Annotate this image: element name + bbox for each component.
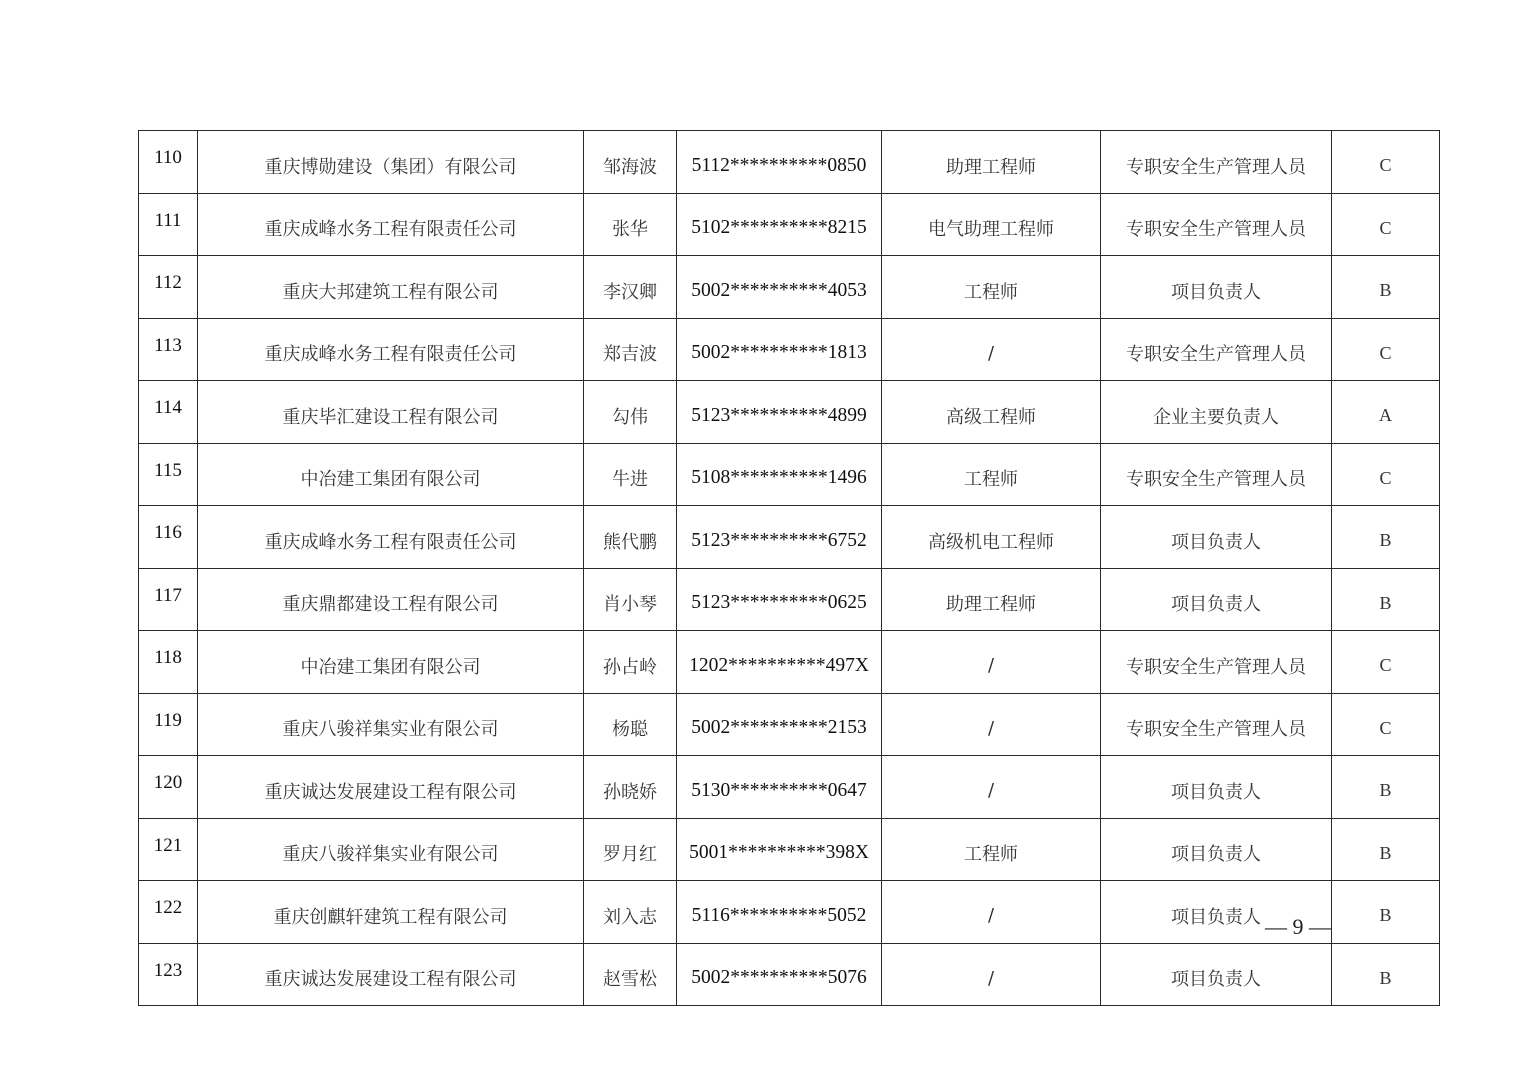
cell-role: 专职安全生产管理人员	[1101, 443, 1332, 506]
cell-name: 熊代鹏	[584, 506, 677, 569]
cell-id-number: 5123**********6752	[677, 506, 882, 569]
cell-company: 重庆成峰水务工程有限责任公司	[198, 318, 584, 381]
cell-company: 重庆八骏祥集实业有限公司	[198, 818, 584, 881]
cell-name: 张华	[584, 193, 677, 256]
cell-role: 专职安全生产管理人员	[1101, 631, 1332, 694]
cell-title: 电气助理工程师	[882, 193, 1101, 256]
cell-title: 工程师	[882, 818, 1101, 881]
cell-company: 中冶建工集团有限公司	[198, 631, 584, 694]
cell-title: 助理工程师	[882, 568, 1101, 631]
cell-name: 邹海波	[584, 131, 677, 194]
table-row: 119 重庆八骏祥集实业有限公司 杨聪 5002**********2153 /…	[139, 693, 1440, 756]
cell-company: 重庆八骏祥集实业有限公司	[198, 693, 584, 756]
cell-id-number: 5112**********0850	[677, 131, 882, 194]
cell-index: 114	[139, 381, 198, 444]
cell-company: 重庆博勋建设（集团）有限公司	[198, 131, 584, 194]
cell-role: 专职安全生产管理人员	[1101, 193, 1332, 256]
cell-name: 刘入志	[584, 881, 677, 944]
cell-title: /	[882, 631, 1101, 694]
personnel-table: 110 重庆博勋建设（集团）有限公司 邹海波 5112**********085…	[138, 130, 1440, 1006]
table-row: 117 重庆鼎都建设工程有限公司 肖小琴 5123**********0625 …	[139, 568, 1440, 631]
table-row: 123 重庆诚达发展建设工程有限公司 赵雪松 5002**********507…	[139, 943, 1440, 1006]
cell-id-number: 5102**********8215	[677, 193, 882, 256]
cell-grade: B	[1332, 818, 1440, 881]
cell-role: 专职安全生产管理人员	[1101, 693, 1332, 756]
table-row: 111 重庆成峰水务工程有限责任公司 张华 5102**********8215…	[139, 193, 1440, 256]
cell-role: 企业主要负责人	[1101, 381, 1332, 444]
cell-grade: A	[1332, 381, 1440, 444]
cell-company: 重庆大邦建筑工程有限公司	[198, 256, 584, 319]
cell-grade: B	[1332, 506, 1440, 569]
table-row: 118 中冶建工集团有限公司 孙占岭 1202**********497X / …	[139, 631, 1440, 694]
cell-role: 项目负责人	[1101, 568, 1332, 631]
cell-title: /	[882, 756, 1101, 819]
cell-id-number: 5002**********4053	[677, 256, 882, 319]
cell-company: 重庆鼎都建设工程有限公司	[198, 568, 584, 631]
table-row: 115 中冶建工集团有限公司 牛进 5108**********1496 工程师…	[139, 443, 1440, 506]
table-body: 110 重庆博勋建设（集团）有限公司 邹海波 5112**********085…	[139, 131, 1440, 1006]
cell-name: 罗月红	[584, 818, 677, 881]
cell-id-number: 5002**********2153	[677, 693, 882, 756]
cell-id-number: 5002**********1813	[677, 318, 882, 381]
cell-id-number: 5116**********5052	[677, 881, 882, 944]
cell-grade: B	[1332, 256, 1440, 319]
cell-grade: B	[1332, 943, 1440, 1006]
table-row: 112 重庆大邦建筑工程有限公司 李汉卿 5002**********4053 …	[139, 256, 1440, 319]
cell-role: 项目负责人	[1101, 256, 1332, 319]
cell-title: /	[882, 881, 1101, 944]
cell-name: 李汉卿	[584, 256, 677, 319]
cell-index: 115	[139, 443, 198, 506]
cell-index: 113	[139, 318, 198, 381]
table-row: 113 重庆成峰水务工程有限责任公司 郑吉波 5002**********181…	[139, 318, 1440, 381]
cell-grade: C	[1332, 131, 1440, 194]
cell-grade: C	[1332, 443, 1440, 506]
cell-grade: C	[1332, 631, 1440, 694]
cell-index: 120	[139, 756, 198, 819]
cell-index: 123	[139, 943, 198, 1006]
cell-grade: B	[1332, 756, 1440, 819]
cell-grade: C	[1332, 193, 1440, 256]
cell-title: 工程师	[882, 443, 1101, 506]
cell-company: 重庆创麒轩建筑工程有限公司	[198, 881, 584, 944]
document-page: 110 重庆博勋建设（集团）有限公司 邹海波 5112**********085…	[0, 0, 1520, 1074]
cell-grade: C	[1332, 693, 1440, 756]
cell-index: 116	[139, 506, 198, 569]
cell-company: 重庆成峰水务工程有限责任公司	[198, 506, 584, 569]
cell-title: 高级机电工程师	[882, 506, 1101, 569]
cell-title: /	[882, 318, 1101, 381]
cell-index: 121	[139, 818, 198, 881]
cell-name: 赵雪松	[584, 943, 677, 1006]
cell-name: 孙晓娇	[584, 756, 677, 819]
table-row: 114 重庆毕汇建设工程有限公司 勾伟 5123**********4899 高…	[139, 381, 1440, 444]
cell-id-number: 5002**********5076	[677, 943, 882, 1006]
cell-index: 119	[139, 693, 198, 756]
table-row: 121 重庆八骏祥集实业有限公司 罗月红 5001**********398X …	[139, 818, 1440, 881]
cell-title: 助理工程师	[882, 131, 1101, 194]
cell-index: 117	[139, 568, 198, 631]
cell-title: 高级工程师	[882, 381, 1101, 444]
cell-name: 杨聪	[584, 693, 677, 756]
cell-index: 112	[139, 256, 198, 319]
cell-company: 中冶建工集团有限公司	[198, 443, 584, 506]
table-row: 116 重庆成峰水务工程有限责任公司 熊代鹏 5123**********675…	[139, 506, 1440, 569]
cell-name: 孙占岭	[584, 631, 677, 694]
cell-company: 重庆成峰水务工程有限责任公司	[198, 193, 584, 256]
cell-index: 110	[139, 131, 198, 194]
cell-id-number: 5001**********398X	[677, 818, 882, 881]
cell-name: 肖小琴	[584, 568, 677, 631]
cell-title: /	[882, 693, 1101, 756]
cell-index: 111	[139, 193, 198, 256]
cell-role: 项目负责人	[1101, 818, 1332, 881]
cell-company: 重庆诚达发展建设工程有限公司	[198, 756, 584, 819]
cell-company: 重庆毕汇建设工程有限公司	[198, 381, 584, 444]
cell-grade: C	[1332, 318, 1440, 381]
cell-index: 122	[139, 881, 198, 944]
cell-index: 118	[139, 631, 198, 694]
cell-id-number: 5123**********4899	[677, 381, 882, 444]
cell-name: 勾伟	[584, 381, 677, 444]
table-row: 122 重庆创麒轩建筑工程有限公司 刘入志 5116**********5052…	[139, 881, 1440, 944]
cell-grade: B	[1332, 568, 1440, 631]
cell-role: 专职安全生产管理人员	[1101, 318, 1332, 381]
cell-id-number: 1202**********497X	[677, 631, 882, 694]
cell-role: 项目负责人	[1101, 756, 1332, 819]
cell-company: 重庆诚达发展建设工程有限公司	[198, 943, 584, 1006]
cell-id-number: 5123**********0625	[677, 568, 882, 631]
cell-role: 项目负责人	[1101, 943, 1332, 1006]
page-number: — 9 —	[1250, 914, 1346, 940]
table-row: 110 重庆博勋建设（集团）有限公司 邹海波 5112**********085…	[139, 131, 1440, 194]
table-row: 120 重庆诚达发展建设工程有限公司 孙晓娇 5130**********064…	[139, 756, 1440, 819]
cell-id-number: 5130**********0647	[677, 756, 882, 819]
cell-role: 专职安全生产管理人员	[1101, 131, 1332, 194]
cell-name: 郑吉波	[584, 318, 677, 381]
cell-role: 项目负责人	[1101, 506, 1332, 569]
cell-title: /	[882, 943, 1101, 1006]
cell-id-number: 5108**********1496	[677, 443, 882, 506]
cell-name: 牛进	[584, 443, 677, 506]
cell-grade: B	[1332, 881, 1440, 944]
cell-title: 工程师	[882, 256, 1101, 319]
